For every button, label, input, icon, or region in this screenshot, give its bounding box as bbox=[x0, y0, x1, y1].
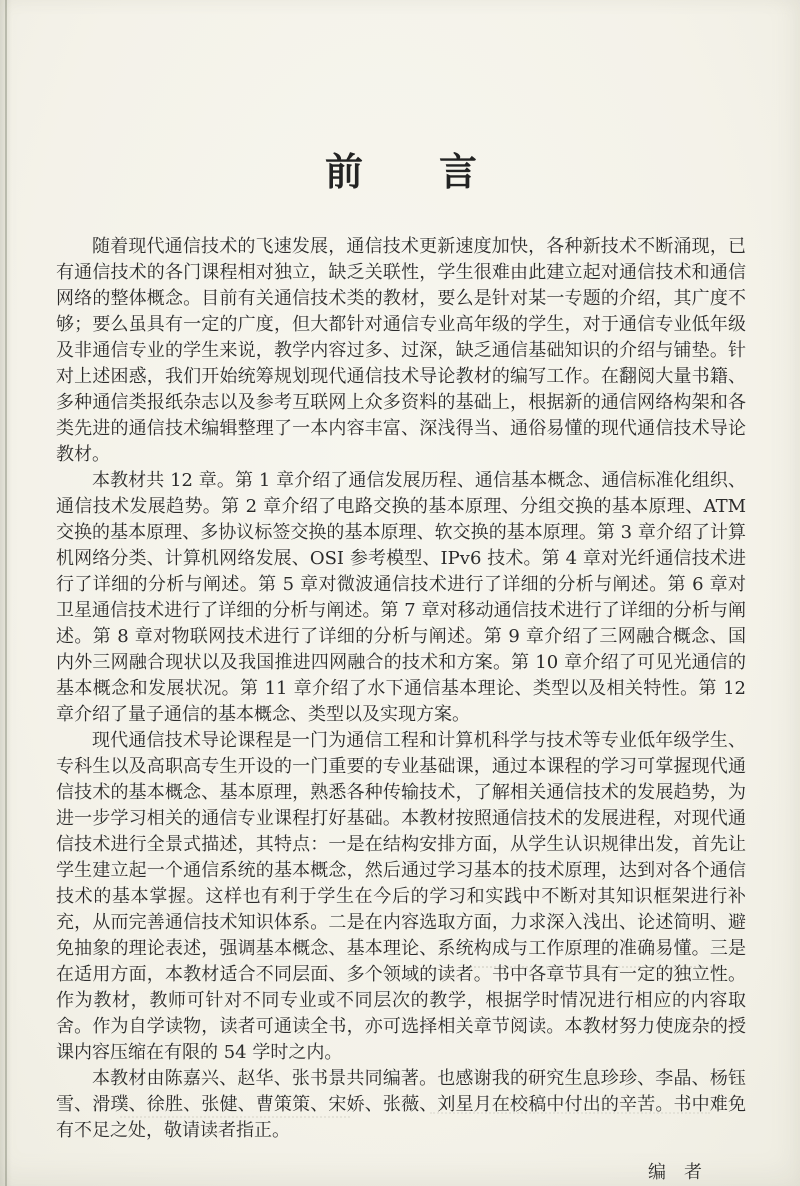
scan-edge-line bbox=[5, 0, 7, 1186]
scan-artifact bbox=[120, 1116, 350, 1118]
page-title: 前 言 bbox=[56, 146, 746, 198]
scan-artifact bbox=[430, 1112, 710, 1114]
author-signature: 编 者 bbox=[56, 1160, 746, 1186]
paragraph: 随着现代通信技术的飞速发展，通信技术更新速度加快，各种新技术不断涌现，已有通信技… bbox=[56, 234, 746, 468]
paragraph: 本教材由陈嘉兴、赵华、张书景共同编著。也感谢我的研究生息珍珍、李晶、杨钰雪、滑璞… bbox=[56, 1066, 746, 1144]
preface-body: 随着现代通信技术的飞速发展，通信技术更新速度加快，各种新技术不断涌现，已有通信技… bbox=[56, 234, 746, 1144]
scan-artifact bbox=[470, 966, 720, 968]
paragraph: 现代通信技术导论课程是一门为通信工程和计算机科学与技术等专业低年级学生、专科生以… bbox=[56, 728, 746, 1066]
paragraph: 本教材共 12 章。第 1 章介绍了通信发展历程、通信基本概念、通信标准化组织、… bbox=[56, 468, 746, 728]
page-content: 前 言 随着现代通信技术的飞速发展，通信技术更新速度加快，各种新技术不断涌现，已… bbox=[56, 0, 746, 1186]
scanned-page: { "page": { "title": "前 言", "paragraphs"… bbox=[0, 0, 800, 1186]
